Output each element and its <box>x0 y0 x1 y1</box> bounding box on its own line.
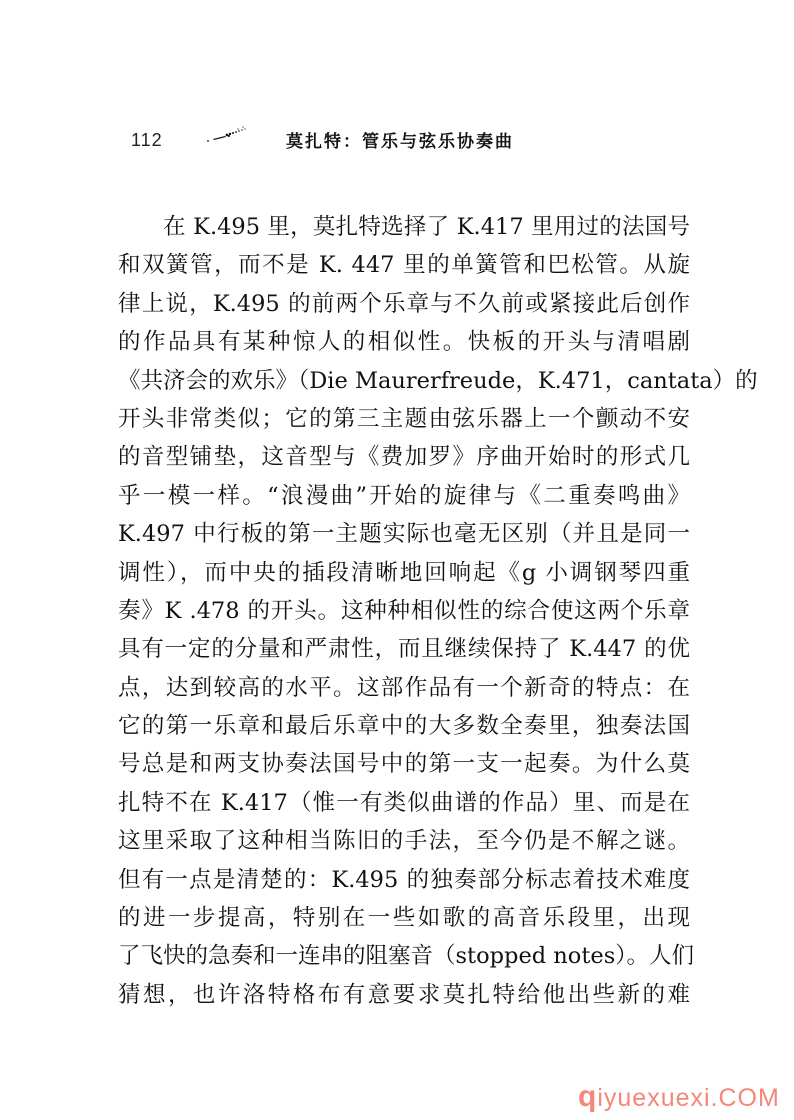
text-line: 具有一定的分量和严肃性，而且继续保持了 K.447 的优 <box>118 630 690 668</box>
page-number: 112 <box>131 130 163 151</box>
text-line: 《共济会的欢乐》（Die Maurerfreude，K.471，cantata）… <box>118 362 690 400</box>
watermark-q: q <box>578 1080 597 1113</box>
text-line: 调性），而中央的插段清晰地回响起《g 小调钢琴四重 <box>118 554 690 592</box>
text-line: 的进一步提高，特别在一些如歌的高音乐段里，出现 <box>118 899 690 937</box>
text-line: 它的第一乐章和最后乐章中的大多数全奏里，独奏法国 <box>118 707 690 745</box>
text-line: K.497 中行板的第一主题实际也毫无区别（并且是同一 <box>118 515 690 553</box>
body-paragraph: 在 K.495 里，莫扎特选择了 K.417 里用过的法国号 和双簧管，而不是 … <box>118 208 690 1014</box>
text-line: 乎一模一样。“浪漫曲”开始的旋律与《二重奏鸣曲》 <box>118 477 690 515</box>
text-line: 律上说，K.495 的前两个乐章与不久前或紧接此后创作 <box>118 285 690 323</box>
text-line: 扎特不在 K.417（惟一有类似曲谱的作品）里、而是在 <box>118 784 690 822</box>
text-line: 在 K.495 里，莫扎特选择了 K.417 里用过的法国号 <box>118 208 690 246</box>
text-line: 这里采取了这种相当陈旧的手法，至今仍是不解之谜。 <box>118 822 690 860</box>
running-title: 莫扎特：管乐与弦乐协奏曲 <box>286 127 514 152</box>
text-line: 点，达到较高的水平。这部作品有一个新奇的特点：在 <box>118 669 690 707</box>
text-line: 的音型铺垫，这音型与《费加罗》序曲开始时的形式几 <box>118 438 690 476</box>
text-line: 的作品具有某种惊人的相似性。快板的开头与清唱剧 <box>118 323 690 361</box>
text-line: 了飞快的急奏和一连串的阻塞音（stopped notes）。人们 <box>118 937 690 975</box>
watermark-text: iyuexuexi.COM <box>597 1084 780 1112</box>
text-line: 和双簧管，而不是 K. 447 里的单簧管和巴松管。从旋 <box>118 246 690 284</box>
text-line: 但有一点是清楚的：K.495 的独奏部分标志着技术难度 <box>118 861 690 899</box>
text-line: 奏》K .478 的开头。这种种相似性的综合使这两个乐章 <box>118 592 690 630</box>
text-line: 号总是和两支协奏法国号中的第一支一起奏。为什么莫 <box>118 745 690 783</box>
quill-ornament-icon <box>205 124 255 144</box>
text-line: 开头非常类似；它的第三主题由弦乐器上一个颤动不安 <box>118 400 690 438</box>
text-line: 猜想，也许洛特格布有意要求莫扎特给他出些新的难 <box>118 976 690 1014</box>
watermark: qiyuexuexi.COM <box>578 1080 780 1114</box>
